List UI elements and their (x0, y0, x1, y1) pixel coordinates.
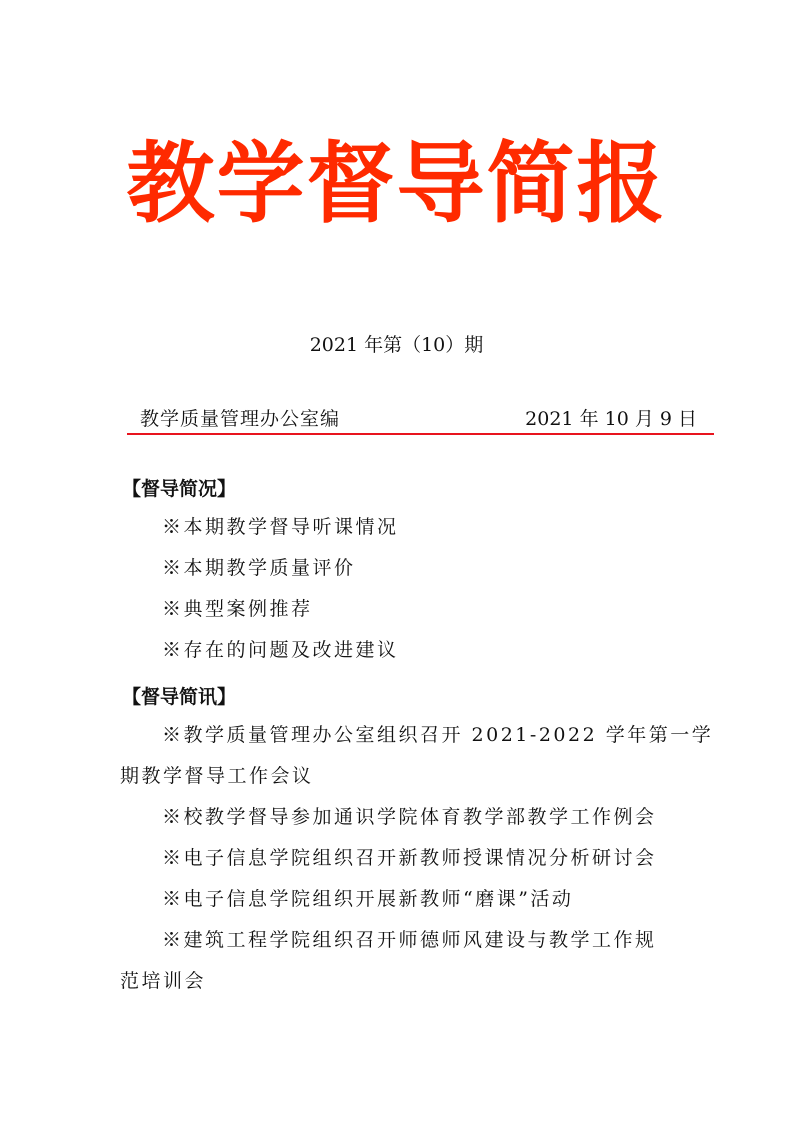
masthead-title: 教学督导简报 (0, 128, 793, 238)
red-divider (127, 433, 714, 435)
news-item: ※电子信息学院组织开展新教师“磨课”活动 (162, 884, 573, 911)
news-item-continuation: 范培训会 (120, 966, 206, 993)
issue-number: 2021 年第（10）期 (0, 330, 793, 357)
overview-item: ※典型案例推荐 (162, 594, 313, 621)
section-heading-overview: 【督导简况】 (122, 474, 236, 501)
news-item-continuation: 期教学督导工作会议 (120, 761, 314, 788)
news-item: ※电子信息学院组织召开新教师授课情况分析研讨会 (162, 843, 657, 870)
editor-byline: 教学质量管理办公室编 (140, 404, 340, 431)
news-item: ※建筑工程学院组织召开师德师风建设与教学工作规 (162, 925, 657, 952)
overview-item: ※本期教学督导听课情况 (162, 512, 399, 539)
overview-item: ※本期教学质量评价 (162, 553, 356, 580)
news-item: ※校教学督导参加通识学院体育教学部教学工作例会 (162, 802, 657, 829)
overview-item: ※存在的问题及改进建议 (162, 635, 399, 662)
section-heading-news: 【督导简讯】 (122, 682, 236, 709)
news-item: ※教学质量管理办公室组织召开 2021-2022 学年第一学 (162, 720, 713, 747)
publish-date: 2021 年 10 月 9 日 (525, 404, 697, 431)
